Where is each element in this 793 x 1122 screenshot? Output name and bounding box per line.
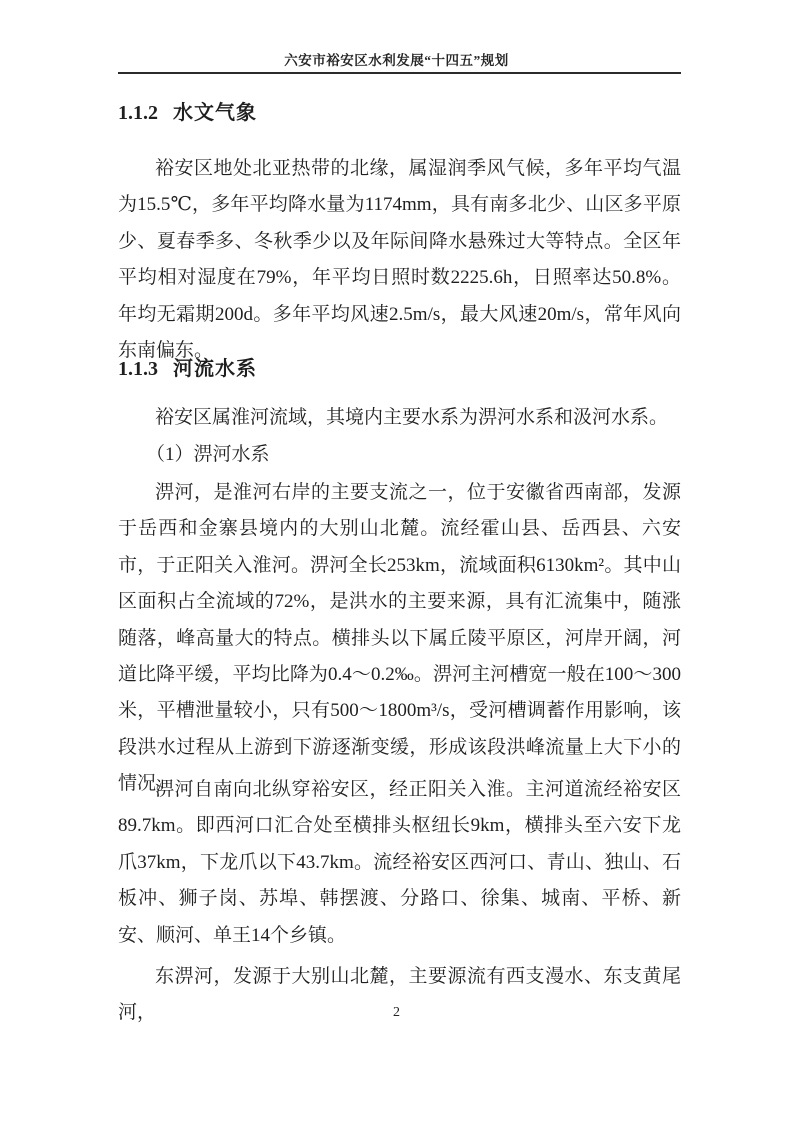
section-heading-title: 河流水系: [173, 358, 257, 380]
paragraph-rivers-intro: 裕安区属淮河流域，其境内主要水系为淠河水系和汲河水系。: [118, 400, 681, 436]
section-heading-1-1-3: 1.1.3 河流水系: [118, 355, 681, 383]
document-content: 1.1.2 水文气象 裕安区地处北亚热带的北缘，属湿润季风气候，多年平均气温为1…: [118, 0, 681, 1122]
section-heading-1-1-2: 1.1.2 水文气象: [118, 99, 681, 127]
page-number: 2: [0, 1005, 793, 1021]
subheading-pihe-system: （1）淠河水系: [118, 437, 681, 473]
document-page: 六安市裕安区水利发展“十四五”规划 1.1.2 水文气象 裕安区地处北亚热带的北…: [0, 0, 793, 1122]
section-heading-title: 水文气象: [173, 102, 257, 124]
paragraph-pihe-overview: 淠河，是淮河右岸的主要支流之一，位于安徽省西南部，发源于岳西和金寨县境内的大别山…: [118, 475, 681, 803]
paragraph-climate: 裕安区地处北亚热带的北缘，属湿润季风气候，多年平均气温为15.5℃，多年平均降水…: [118, 151, 681, 369]
paragraph-pihe-course: 淠河自南向北纵穿裕安区，经正阳关入淮。主河道流经裕安区89.7km。即西河口汇合…: [118, 772, 681, 954]
section-heading-number: 1.1.2: [118, 102, 158, 124]
section-heading-number: 1.1.3: [118, 358, 158, 380]
